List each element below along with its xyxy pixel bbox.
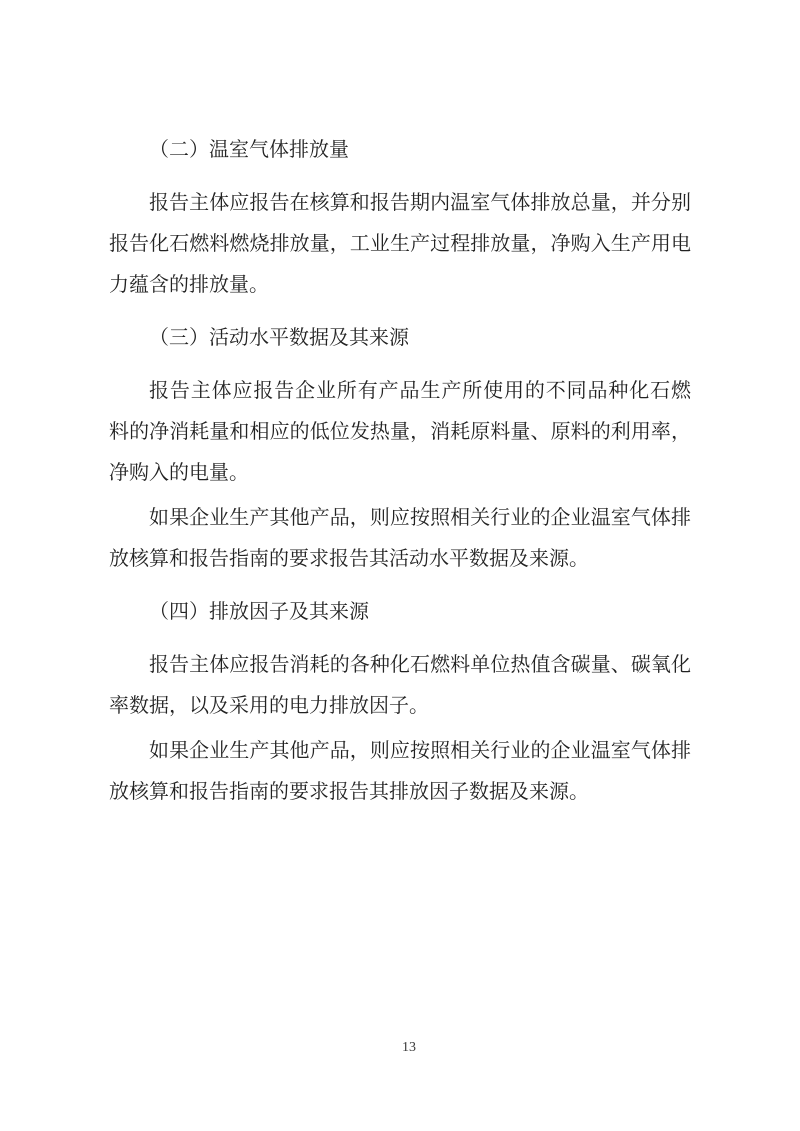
document-page: （二）温室气体排放量 报告主体应报告在核算和报告期内温室气体排放总量，并分别 报… (0, 0, 800, 1131)
paragraph-line: 如果企业生产其他产品，则应按照相关行业的企业温室气体排 (109, 731, 691, 772)
paragraph: 报告主体应报告在核算和报告期内温室气体排放总量，并分别 报告化石燃料燃烧排放量，… (109, 183, 691, 306)
paragraph-line: 净购入的电量。 (109, 453, 691, 494)
paragraph: 报告主体应报告企业所有产品生产所使用的不同品种化石燃 料的净消耗量和相应的低位发… (109, 371, 691, 494)
page-number: 13 (9, 1040, 800, 1056)
paragraph-line: 报告主体应报告在核算和报告期内温室气体排放总量，并分别 (109, 183, 691, 224)
section-heading-2: （二）温室气体排放量 (109, 130, 691, 171)
paragraph: 如果企业生产其他产品，则应按照相关行业的企业温室气体排 放核算和报告指南的要求报… (109, 498, 691, 580)
paragraph-line: 放核算和报告指南的要求报告其排放因子数据及来源。 (109, 772, 691, 813)
paragraph-line: 报告化石燃料燃烧排放量，工业生产过程排放量，净购入生产用电 (109, 224, 691, 265)
paragraph-line: 率数据，以及采用的电力排放因子。 (109, 686, 691, 727)
paragraph-line: 料的净消耗量和相应的低位发热量，消耗原料量、原料的利用率， (109, 412, 691, 453)
section-heading-4: （四）排放因子及其来源 (109, 592, 691, 633)
paragraph-line: 如果企业生产其他产品，则应按照相关行业的企业温室气体排 (109, 498, 691, 539)
section-heading-3: （三）活动水平数据及其来源 (109, 318, 691, 359)
paragraph-line: 报告主体应报告消耗的各种化石燃料单位热值含碳量、碳氧化 (109, 645, 691, 686)
paragraph: 报告主体应报告消耗的各种化石燃料单位热值含碳量、碳氧化 率数据，以及采用的电力排… (109, 645, 691, 727)
document-content: （二）温室气体排放量 报告主体应报告在核算和报告期内温室气体排放总量，并分别 报… (109, 0, 691, 813)
paragraph-line: 放核算和报告指南的要求报告其活动水平数据及来源。 (109, 539, 691, 580)
paragraph-line: 力蕴含的排放量。 (109, 265, 691, 306)
paragraph-line: 报告主体应报告企业所有产品生产所使用的不同品种化石燃 (109, 371, 691, 412)
paragraph: 如果企业生产其他产品，则应按照相关行业的企业温室气体排 放核算和报告指南的要求报… (109, 731, 691, 813)
